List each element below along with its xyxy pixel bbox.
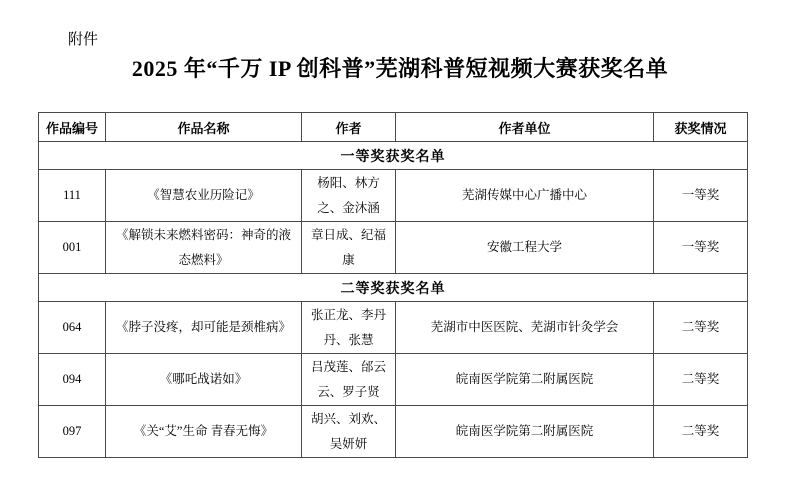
- section-row-first-prize: 一等奖获奖名单: [39, 142, 748, 170]
- cell-organization: 皖南医学院第二附属医院: [396, 406, 654, 458]
- cell-award: 二等奖: [654, 406, 748, 458]
- cell-work-id: 094: [39, 354, 106, 406]
- cell-award: 二等奖: [654, 354, 748, 406]
- cell-organization: 芜湖传媒中心广播中心: [396, 170, 654, 222]
- cell-work-title: 《脖子没疼，却可能是颈椎病》: [106, 302, 302, 354]
- table-row: 111 《智慧农业历险记》 杨阳、林方之、金沐涵 芜湖传媒中心广播中心 一等奖: [39, 170, 748, 222]
- awards-table: 作品编号 作品名称 作者 作者单位 获奖情况 一等奖获奖名单 111 《智慧农业…: [38, 112, 748, 458]
- document-page: 附件 2025 年“千万 IP 创科普”芜湖科普短视频大赛获奖名单 作品编号 作…: [0, 0, 800, 497]
- col-header-work-title: 作品名称: [106, 113, 302, 142]
- cell-organization: 芜湖市中医医院、芜湖市针灸学会: [396, 302, 654, 354]
- section-title: 一等奖获奖名单: [39, 142, 748, 170]
- section-row-second-prize: 二等奖获奖名单: [39, 274, 748, 302]
- cell-authors: 杨阳、林方之、金沐涵: [302, 170, 396, 222]
- table-row: 064 《脖子没疼，却可能是颈椎病》 张正龙、李丹丹、张慧 芜湖市中医医院、芜湖…: [39, 302, 748, 354]
- cell-award: 一等奖: [654, 222, 748, 274]
- col-header-organization: 作者单位: [396, 113, 654, 142]
- cell-authors: 吕茂莲、邰云云、罗子贤: [302, 354, 396, 406]
- table-row: 097 《关“艾”生命 青春无悔》 胡兴、刘欢、吴妍妍 皖南医学院第二附属医院 …: [39, 406, 748, 458]
- col-header-award: 获奖情况: [654, 113, 748, 142]
- cell-work-title: 《智慧农业历险记》: [106, 170, 302, 222]
- section-title: 二等奖获奖名单: [39, 274, 748, 302]
- table-row: 094 《哪吒战诺如》 吕茂莲、邰云云、罗子贤 皖南医学院第二附属医院 二等奖: [39, 354, 748, 406]
- cell-work-title: 《关“艾”生命 青春无悔》: [106, 406, 302, 458]
- cell-work-id: 111: [39, 170, 106, 222]
- cell-award: 二等奖: [654, 302, 748, 354]
- cell-work-id: 097: [39, 406, 106, 458]
- table-row: 001 《解锁未来燃料密码：神奇的液态燃料》 章日成、纪福康 安徽工程大学 一等…: [39, 222, 748, 274]
- cell-work-id: 064: [39, 302, 106, 354]
- cell-work-id: 001: [39, 222, 106, 274]
- page-title: 2025 年“千万 IP 创科普”芜湖科普短视频大赛获奖名单: [0, 52, 800, 83]
- cell-authors: 胡兴、刘欢、吴妍妍: [302, 406, 396, 458]
- attachment-label: 附件: [68, 28, 98, 49]
- col-header-work-id: 作品编号: [39, 113, 106, 142]
- cell-organization: 安徽工程大学: [396, 222, 654, 274]
- cell-authors: 章日成、纪福康: [302, 222, 396, 274]
- table-header-row: 作品编号 作品名称 作者 作者单位 获奖情况: [39, 113, 748, 142]
- cell-work-title: 《解锁未来燃料密码：神奇的液态燃料》: [106, 222, 302, 274]
- col-header-authors: 作者: [302, 113, 396, 142]
- cell-work-title: 《哪吒战诺如》: [106, 354, 302, 406]
- cell-organization: 皖南医学院第二附属医院: [396, 354, 654, 406]
- cell-authors: 张正龙、李丹丹、张慧: [302, 302, 396, 354]
- cell-award: 一等奖: [654, 170, 748, 222]
